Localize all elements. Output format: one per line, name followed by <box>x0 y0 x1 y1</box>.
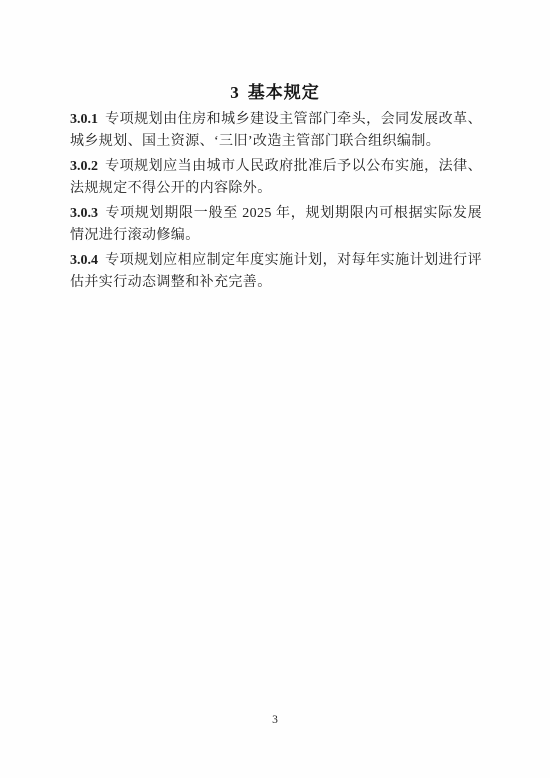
body-text-block: 3.0.1专项规划由住房和城乡建设主管部门牵头，会同发展改革、城乡规划、国土资源… <box>70 109 482 297</box>
clause-3-0-3: 3.0.3专项规划期限一般至 2025 年，规划期限内可根据实际发展情况进行滚动… <box>70 203 482 246</box>
clause-3-0-2: 3.0.2专项规划应当由城市人民政府批准后予以公布实施，法律、法规规定不得公开的… <box>70 156 482 199</box>
page-number: 3 <box>0 714 550 726</box>
clause-number: 3.0.2 <box>70 159 98 174</box>
section-title: 基本规定 <box>248 83 320 102</box>
clause-number: 3.0.1 <box>70 112 98 127</box>
section-number: 3 <box>230 83 239 102</box>
clause-3-0-4: 3.0.4专项规划应相应制定年度实施计划，对每年实施计划进行评估并实行动态调整和… <box>70 250 482 293</box>
clause-text: 专项规划应当由城市人民政府批准后予以公布实施，法律、法规规定不得公开的内容除外。 <box>70 159 482 196</box>
clause-number: 3.0.4 <box>70 253 98 268</box>
clause-3-0-1: 3.0.1专项规划由住房和城乡建设主管部门牵头，会同发展改革、城乡规划、国土资源… <box>70 109 482 152</box>
clause-text: 专项规划应相应制定年度实施计划，对每年实施计划进行评估并实行动态调整和补充完善。 <box>70 253 482 290</box>
clause-text: 专项规划期限一般至 2025 年，规划期限内可根据实际发展情况进行滚动修编。 <box>70 206 482 243</box>
document-page: 3基本规定 3.0.1专项规划由住房和城乡建设主管部门牵头，会同发展改革、城乡规… <box>0 0 550 778</box>
section-heading: 3基本规定 <box>0 78 550 103</box>
clause-number: 3.0.3 <box>70 206 98 221</box>
clause-text: 专项规划由住房和城乡建设主管部门牵头，会同发展改革、城乡规划、国土资源、‘三旧’… <box>70 112 482 149</box>
